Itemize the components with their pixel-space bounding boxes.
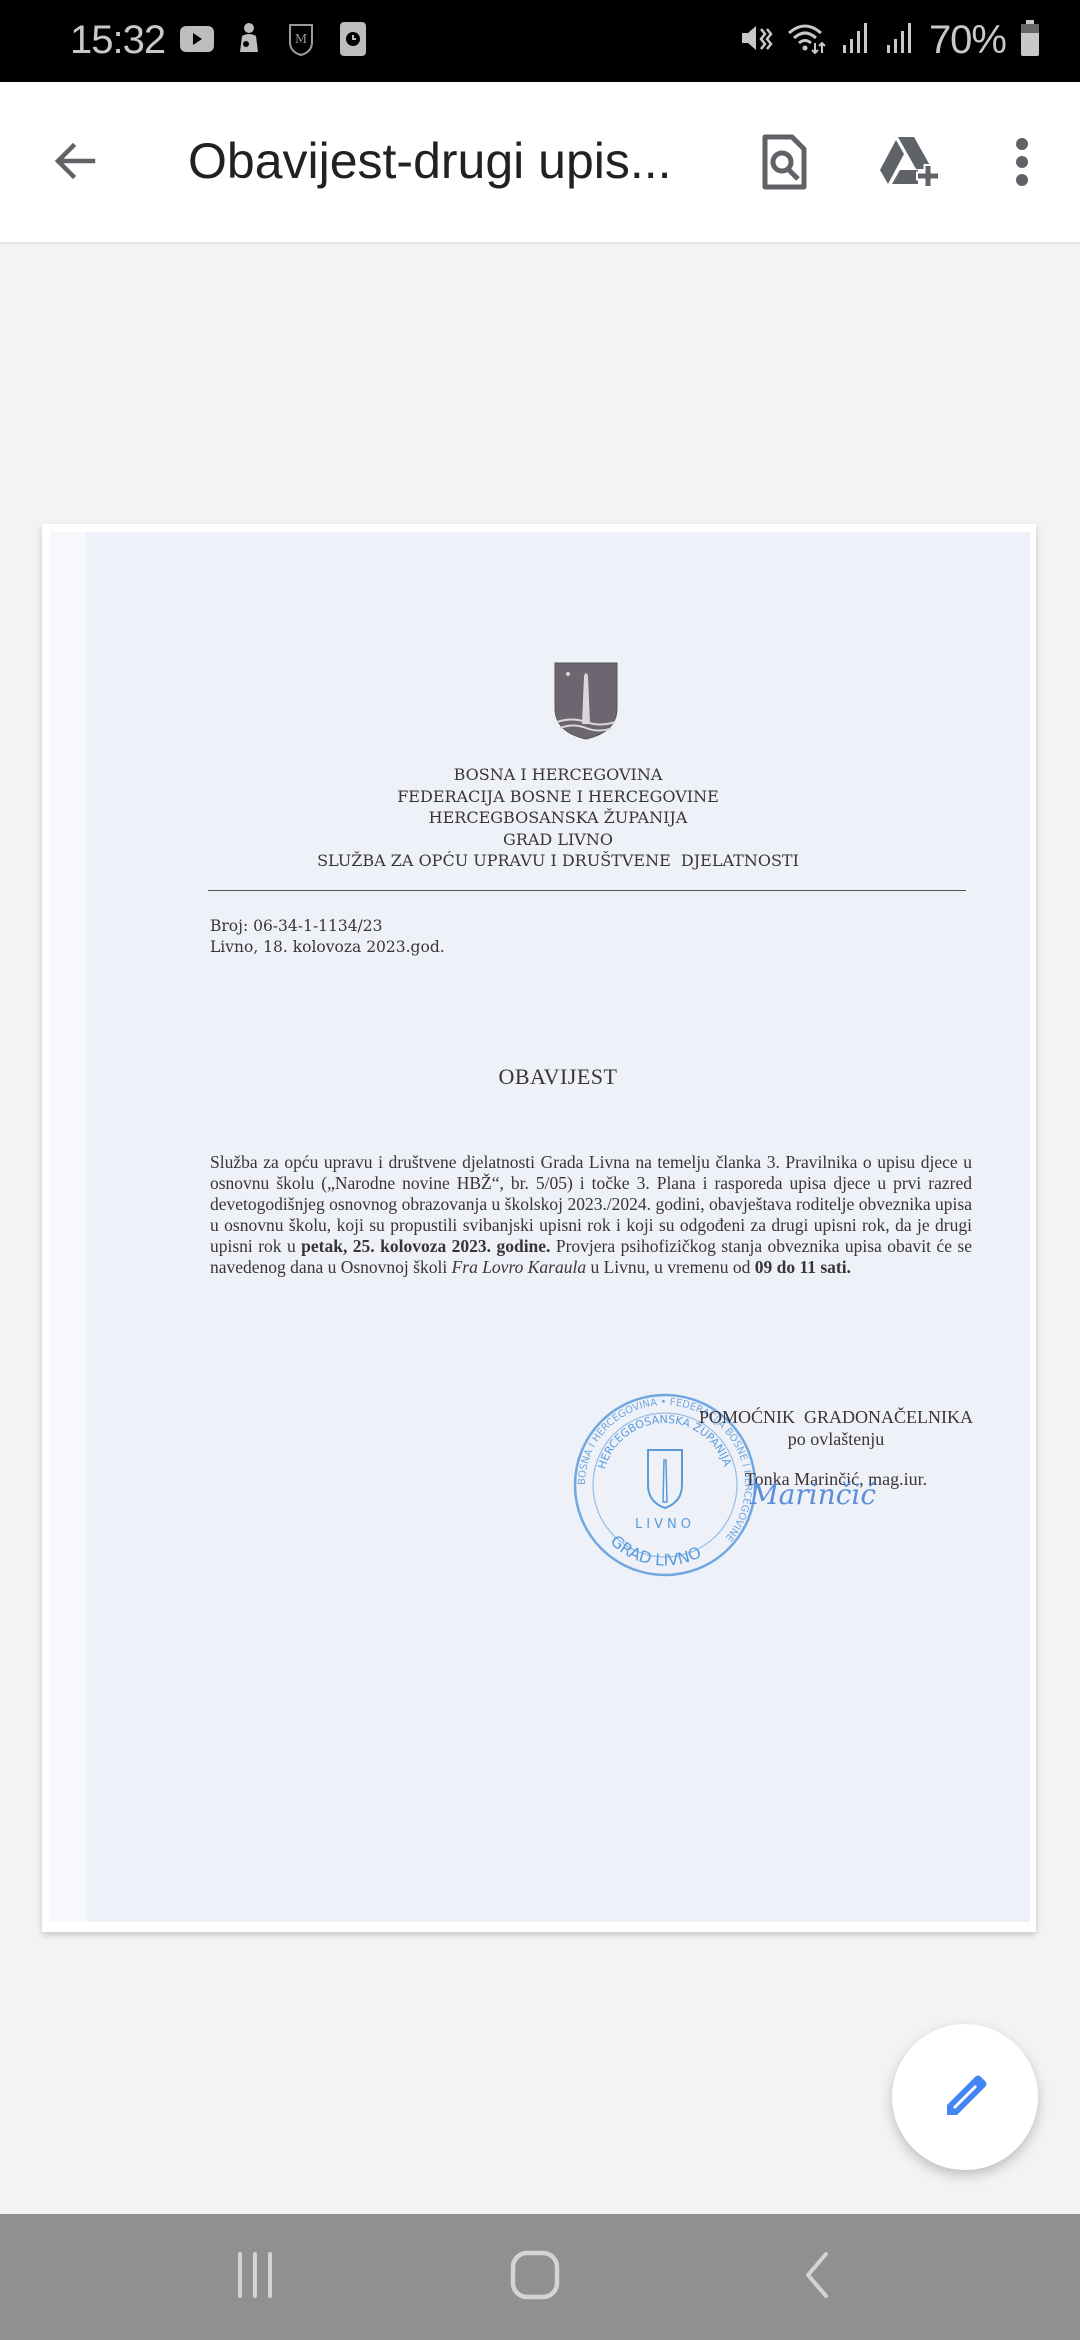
arrow-left-icon: [51, 137, 99, 185]
edit-fab-button[interactable]: [892, 2024, 1038, 2170]
letterhead-divider: [208, 890, 966, 891]
document-search-icon: [760, 134, 808, 190]
add-to-drive-button[interactable]: [870, 122, 950, 202]
signal-icon: [841, 21, 871, 60]
system-icons: 70%: [739, 18, 1040, 63]
battery-icon: [1020, 20, 1040, 61]
status-time: 15:32: [70, 18, 165, 63]
signatory-title: POMOĆNIK GRADONAČELNIKA: [686, 1406, 986, 1428]
back-button[interactable]: [40, 126, 110, 196]
status-bar: 15:32 M 70%: [0, 0, 1080, 82]
body-bold-date: petak, 25. kolovoza 2023. godine.: [301, 1236, 550, 1256]
document-title: Obavijest-drugi upis...: [188, 132, 672, 190]
handwritten-signature: Marinčić: [750, 1478, 876, 1511]
document-content: BOSNA I HERCEGOVINA FEDERACIJA BOSNE I H…: [86, 532, 1030, 1922]
pencil-edit-icon: [937, 2069, 993, 2125]
letterhead-line: FEDERACIJA BOSNE I HERCEGOVINE: [86, 786, 1030, 808]
home-button[interactable]: [490, 2240, 580, 2310]
mute-icon: [739, 21, 773, 60]
svg-text:M: M: [295, 32, 307, 46]
letterhead-line: BOSNA I HERCEGOVINA: [86, 764, 1030, 786]
signal-icon: [885, 21, 915, 60]
find-in-document-button[interactable]: [744, 122, 824, 202]
more-vertical-icon: [1014, 137, 1030, 187]
crest-app-icon: M: [284, 22, 318, 56]
coat-of-arms-icon: [554, 662, 618, 740]
scanned-paper: BOSNA I HERCEGOVINA FEDERACIJA BOSNE I H…: [86, 532, 1030, 1922]
signatory-authority: po ovlaštenju: [686, 1428, 986, 1450]
nav-back-button[interactable]: [772, 2240, 862, 2310]
letterhead-line: SLUŽBA ZA OPĆU UPRAVU I DRUŠTVENE DJELAT…: [86, 850, 1030, 872]
body-bold-time: 09 do 11 sati.: [755, 1257, 851, 1277]
document-letterhead: BOSNA I HERCEGOVINA FEDERACIJA BOSNE I H…: [86, 764, 1030, 872]
letterhead-line: GRAD LIVNO: [86, 829, 1030, 851]
app-notification-icon: [232, 22, 266, 56]
recent-apps-button[interactable]: [210, 2240, 300, 2310]
document-heading: OBAVIJEST: [86, 1064, 1030, 1090]
document-references: Broj: 06-34-1-1134/23 Livno, 18. kolovoz…: [210, 916, 445, 958]
letterhead-line: HERCEGBOSANSKA ŽUPANIJA: [86, 807, 1030, 829]
body-school-name: Fra Lovro Karaula: [452, 1257, 587, 1277]
wifi-icon: [787, 21, 827, 60]
clock-app-icon: [336, 22, 370, 56]
home-icon: [510, 2250, 560, 2300]
document-page[interactable]: BOSNA I HERCEGOVINA FEDERACIJA BOSNE I H…: [42, 524, 1036, 1932]
battery-percent: 70%: [929, 18, 1006, 63]
body-text: u Livnu, u vremenu od: [586, 1257, 755, 1277]
system-nav-bar: [0, 2214, 1080, 2340]
notification-icons: M: [180, 22, 370, 56]
more-options-button[interactable]: [982, 122, 1062, 202]
document-date: Livno, 18. kolovoza 2023.god.: [210, 937, 445, 958]
youtube-icon: [180, 22, 214, 56]
app-bar: Obavijest-drugi upis...: [0, 82, 1080, 242]
recent-apps-icon: [235, 2252, 275, 2298]
document-body: Služba za opću upravu i društvene djelat…: [210, 1152, 972, 1278]
paper-edge: [50, 532, 86, 1922]
svg-text:LIVNO: LIVNO: [635, 1517, 695, 1532]
drive-add-icon: [878, 134, 942, 190]
chevron-left-icon: [802, 2252, 832, 2298]
reference-number: Broj: 06-34-1-1134/23: [210, 916, 445, 937]
